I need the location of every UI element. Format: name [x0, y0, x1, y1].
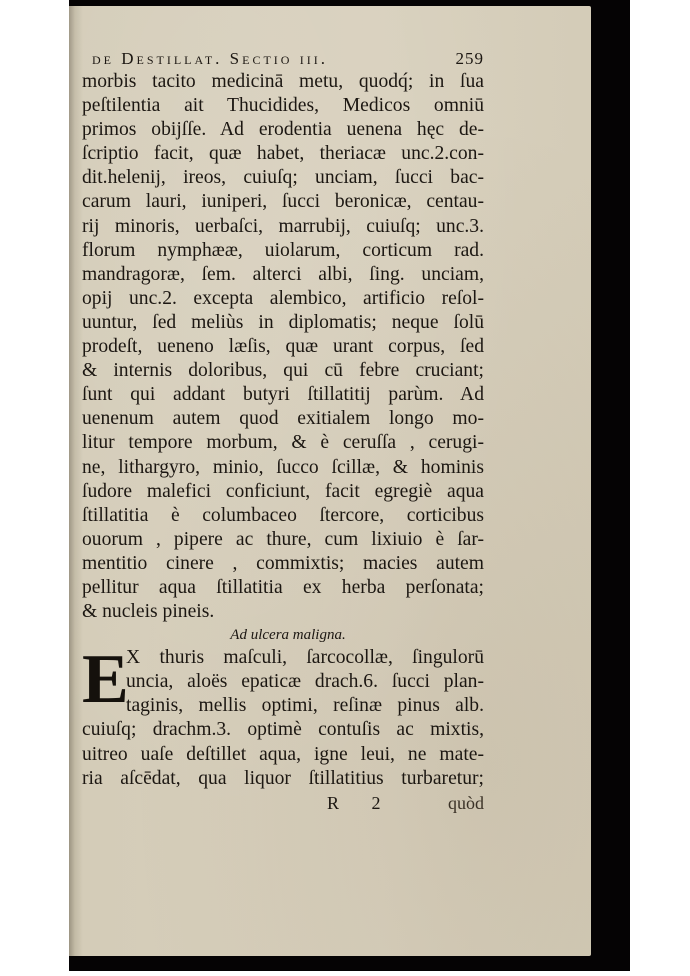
text-line: ouorum , pipere ac thure, cum lixiuio è … [82, 528, 484, 552]
text-line: taginis, mellis optimi, reſinæ pinus alb… [82, 694, 484, 718]
section-subheading: Ad ulcera maligna. [82, 624, 484, 646]
text-line: ſcriptio facit, quæ habet, theriacæ unc.… [82, 142, 484, 166]
text-line: litur tempore morbum, & è ceruſſa , ceru… [82, 431, 484, 455]
text-block: de Destillat. Sectio iii. 259 morbis tac… [82, 48, 484, 815]
text-line: morbis tacito medicinā metu, quodq́; in … [82, 70, 484, 94]
body-paragraph: morbis tacito medicinā metu, quodq́; in … [82, 70, 484, 624]
text-line: pellitur aqua ſtillatitia ex herba perſo… [82, 576, 484, 600]
text-line: peſtilentia ait Thucidides, Medicos omni… [82, 94, 484, 118]
text-line: & internis doloribus, qui cū febre cruci… [82, 359, 484, 383]
text-line: uuntur, ſed meliùs in diplomatis; neque … [82, 311, 484, 335]
text-line: uncia, aloës epaticæ drach.6. ſucci plan… [82, 670, 484, 694]
text-line: florum nymphææ, uiolarum, corticum rad. [82, 239, 484, 263]
text-line: rij minoris, uerbaſci, marrubij, cuiuſq;… [82, 215, 484, 239]
text-line: opij unc.2. excepta alembico, artificio … [82, 287, 484, 311]
drop-cap: E [82, 648, 129, 712]
section-paragraph: E X thuris maſculi, ſarcocollæ, ſingulor… [82, 646, 484, 791]
text-line: ne, lithargyro, minio, ſucco ſcillæ, & h… [82, 456, 484, 480]
text-line: dit.helenij, ireos, cuiuſq; unciam, ſucc… [82, 166, 484, 190]
page-number: 259 [456, 48, 485, 70]
text-line: uitreo uaſe deſtillet aqua, igne leui, n… [82, 743, 484, 767]
running-head: de Destillat. Sectio iii. 259 [82, 48, 484, 70]
catchline: R 2 quòd [82, 791, 484, 815]
text-line: ſudore malefici conficiunt, facit egregi… [82, 480, 484, 504]
text-line: X thuris maſculi, ſarcocollæ, ſingulorū [82, 646, 484, 670]
catchword: quòd [448, 791, 484, 815]
text-line: ſunt qui addant butyri ſtillatitij parùm… [82, 383, 484, 407]
text-line: & nucleis pineis. [82, 600, 484, 624]
text-line: ria aſcēdat, qua liquor ſtillatitius tur… [82, 767, 484, 791]
text-line: carum lauri, iuniperi, ſucci beronicæ, c… [82, 190, 484, 214]
text-line: primos obijſſe. Ad erodentia uenena hęc … [82, 118, 484, 142]
text-line: mandragoræ, ſem. alterci albi, ſing. unc… [82, 263, 484, 287]
text-line: uenenum autem quod exitialem longo mo- [82, 407, 484, 431]
text-line: ſtillatitia è columbaceo ſtercore, corti… [82, 504, 484, 528]
signature-mark: R 2 [327, 791, 395, 815]
text-line: cuiuſq; drachm.3. optimè contuſis ac mix… [82, 718, 484, 742]
text-line: mentitio cinere , commixtis; macies aute… [82, 552, 484, 576]
text-line: prodeſt, ueneno læſis, quæ urant corpus,… [82, 335, 484, 359]
running-head-title: de Destillat. Sectio iii. [92, 48, 328, 70]
